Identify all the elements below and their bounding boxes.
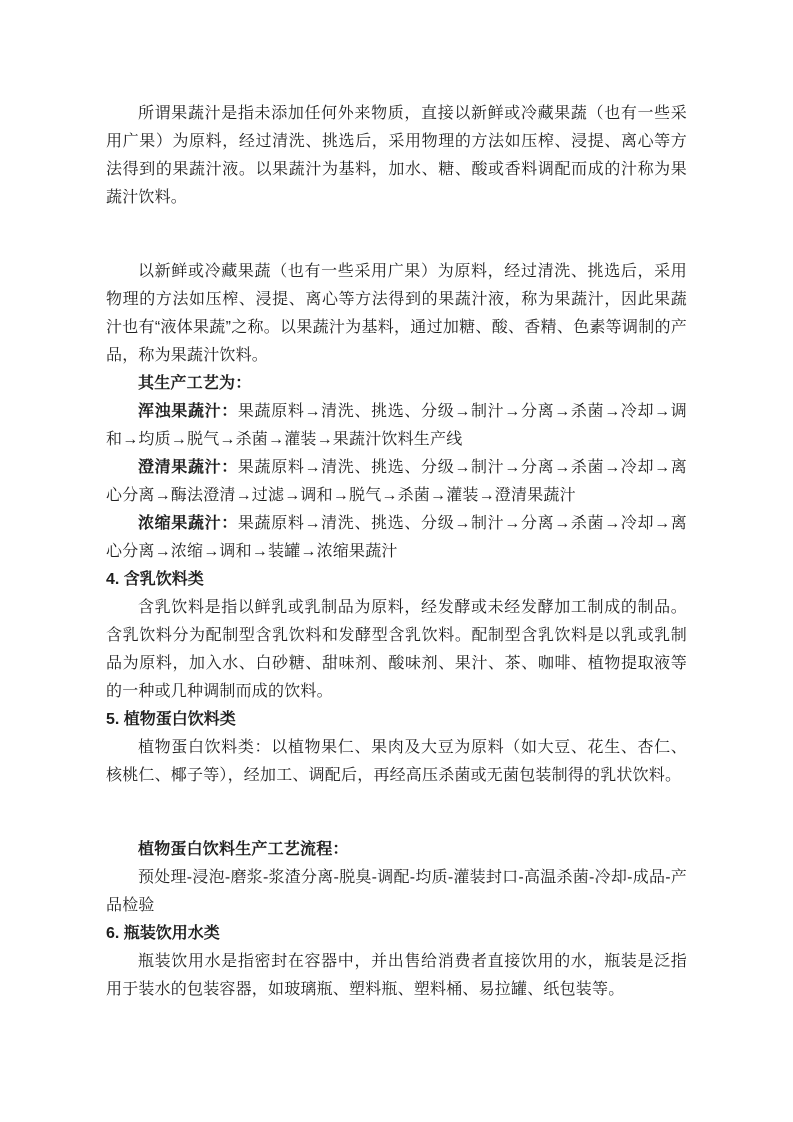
blank-gap [106,790,687,836]
flow-concentrated-juice: 浓缩果蔬汁：果蔬原料→清洗、挑选、分级→制汁→分离→杀菌→冷却→离心分离→浓缩→… [106,510,687,566]
heading-plant-protein-beverages: 5. 植物蛋白饮料类 [106,706,687,734]
heading-bottled-water: 6. 瓶装饮用水类 [106,920,687,948]
paragraph-bottled-water: 瓶装饮用水是指密封在容器中，并出售给消费者直接饮用的水，瓶装是泛指用于装水的包装… [106,948,687,1004]
paragraph-plant-protein-beverages: 植物蛋白饮料类：以植物果仁、果肉及大豆为原料（如大豆、花生、杏仁、核桃仁、椰子等… [106,734,687,790]
flow-cloudy-juice: 浑浊果蔬汁：果蔬原料→清洗、挑选、分级→制汁→分离→杀菌→冷却→调和→均质→脱气… [106,398,687,454]
flow-cloudy-juice-prefix: 浑浊果蔬汁： [138,403,238,420]
label-production-process: 其生产工艺为： [106,370,687,398]
document-page: 所谓果蔬汁是指未添加任何外来物质，直接以新鲜或冷藏果蔬（也有一些采用广果）为原料… [0,0,793,1122]
paragraph-juice-definition-2: 以新鲜或冷藏果蔬（也有一些采用广果）为原料，经过清洗、挑选后，采用物理的方法如压… [106,258,687,370]
flow-concentrated-juice-prefix: 浓缩果蔬汁： [138,515,238,532]
flow-plant-protein-steps: 预处理-浸泡-磨浆-浆渣分离-脱臭-调配-均质-灌装封口-高温杀菌-冷却-成品-… [106,864,687,920]
paragraph-milk-beverages: 含乳饮料是指以鲜乳或乳制品为原料，经发酵或未经发酵加工制成的制品。含乳饮料分为配… [106,594,687,706]
heading-milk-beverages: 4. 含乳饮料类 [106,566,687,594]
blank-gap [106,212,687,258]
label-plant-protein-process: 植物蛋白饮料生产工艺流程： [106,836,687,864]
flow-clarified-juice: 澄清果蔬汁：果蔬原料→清洗、挑选、分级→制汁→分离→杀菌→冷却→离心分离→酶法澄… [106,454,687,510]
flow-clarified-juice-prefix: 澄清果蔬汁： [138,459,238,476]
paragraph-juice-definition: 所谓果蔬汁是指未添加任何外来物质，直接以新鲜或冷藏果蔬（也有一些采用广果）为原料… [106,100,687,212]
